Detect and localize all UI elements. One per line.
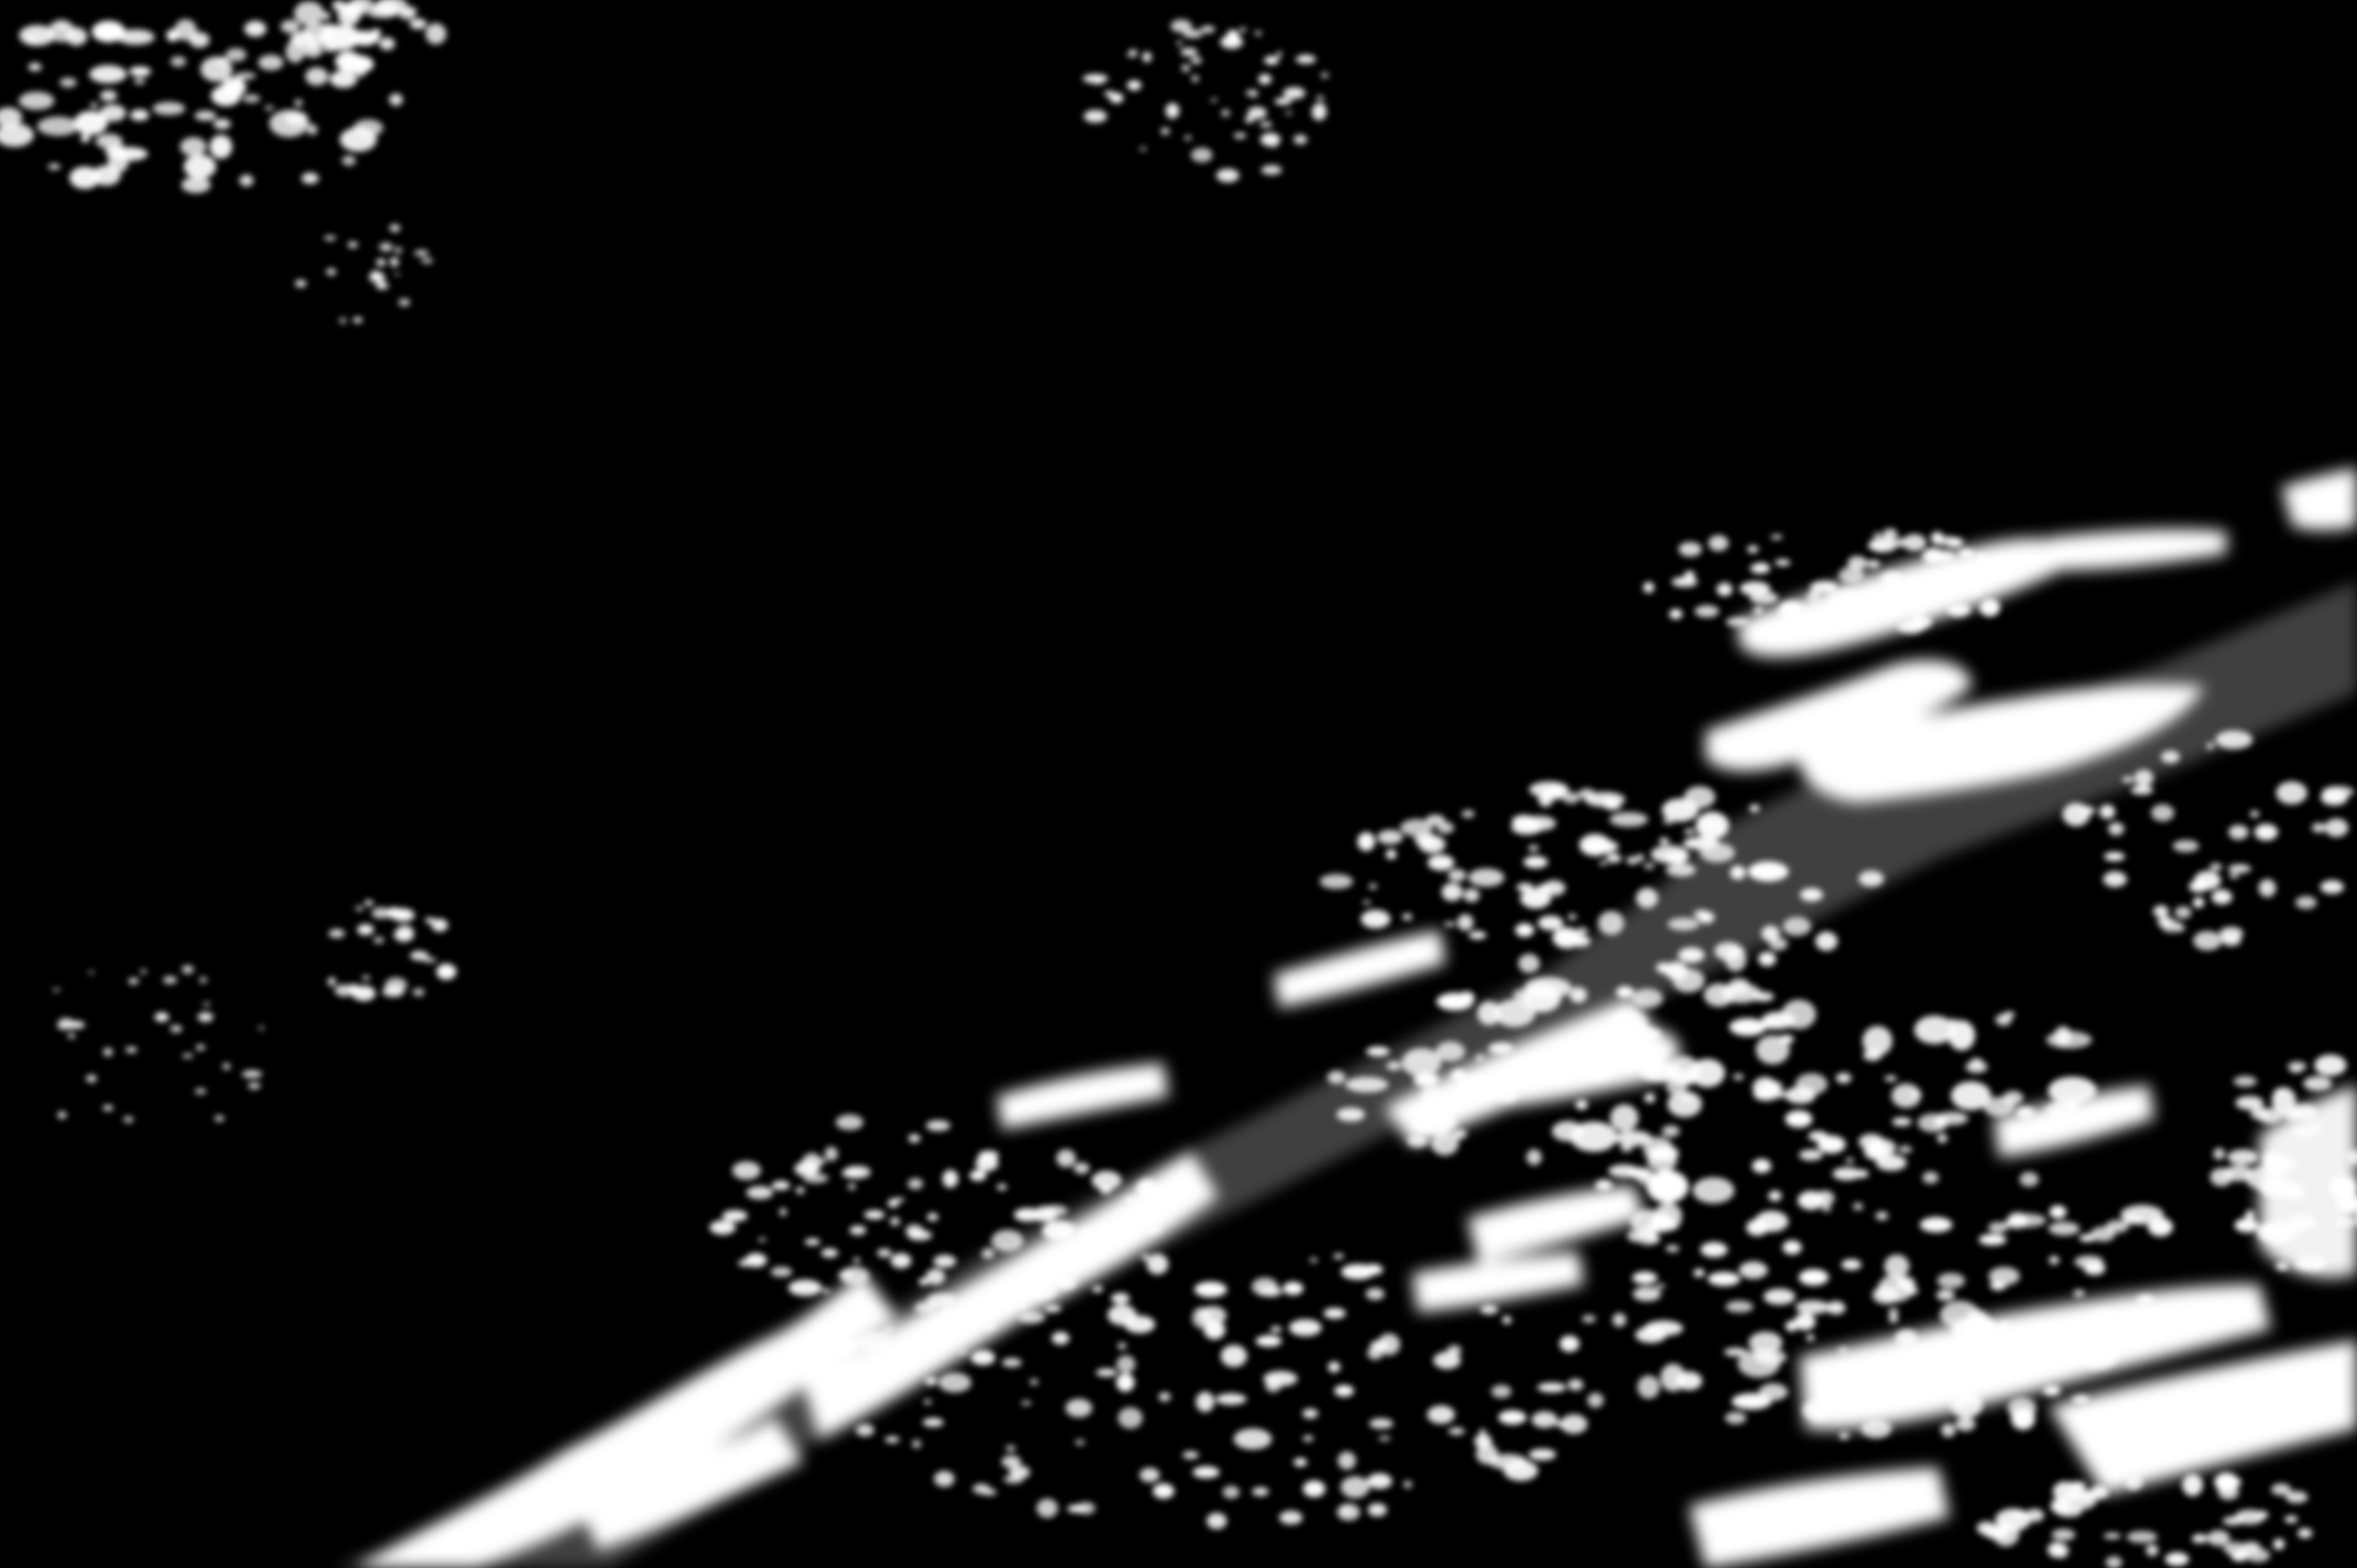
aerial-photo <box>0 0 2357 1568</box>
